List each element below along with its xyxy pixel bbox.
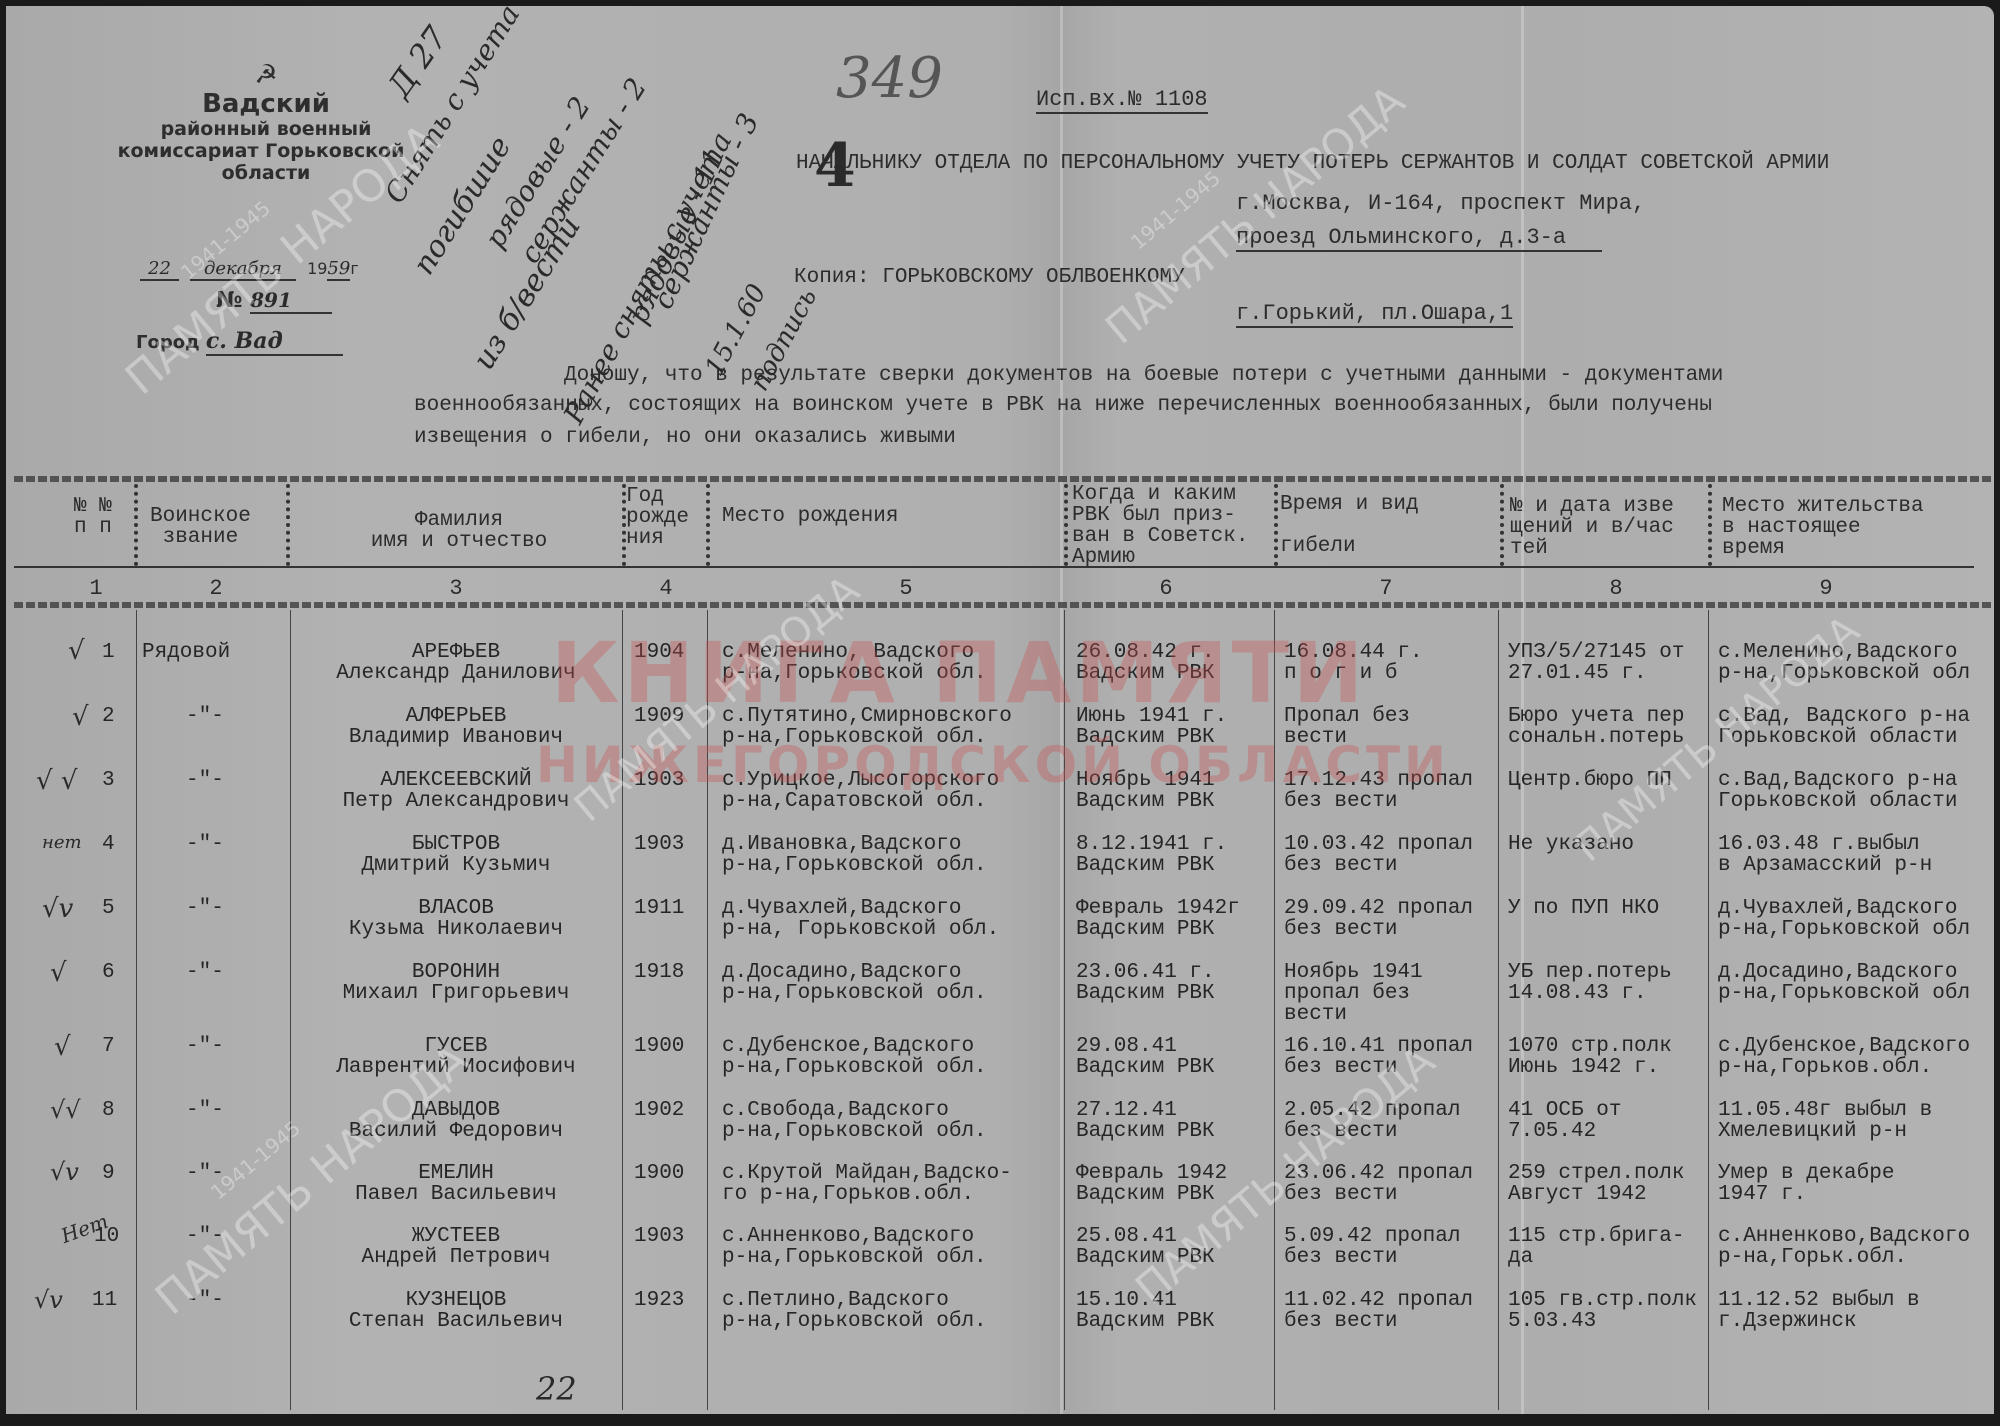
archival-document: ☭ Вадский районный военный комиссариат Г… bbox=[6, 6, 1994, 1414]
drafted: 29.08.41 Вадским РВК bbox=[1076, 1036, 1215, 1078]
drafted: Февраль 1942г Вадским РВК bbox=[1076, 898, 1240, 940]
column-header-death: Время и вид гибели bbox=[1280, 494, 1419, 557]
check-mark: √ bbox=[54, 1032, 71, 1062]
rank: -"- bbox=[186, 770, 224, 791]
check-mark: √v bbox=[50, 1158, 79, 1186]
surname: ЖУСТЕЕВ bbox=[296, 1226, 616, 1247]
column-line bbox=[290, 610, 291, 1410]
birth-year: 1902 bbox=[634, 1100, 684, 1121]
surname: КУЗНЕЦОВ bbox=[296, 1290, 616, 1311]
check-mark: √ bbox=[68, 636, 85, 666]
death-info: 11.02.42 пропал без вести bbox=[1284, 1290, 1473, 1332]
body-line-2: военнообязанных, состоящих на воинском у… bbox=[414, 394, 1712, 418]
column-number: 5 bbox=[886, 576, 926, 601]
birth-year: 1918 bbox=[634, 962, 684, 983]
row-number: 2 bbox=[102, 706, 115, 727]
copy-address: г.Горький, пл.Ошара,1 bbox=[1236, 302, 1513, 328]
column-separator bbox=[286, 484, 294, 566]
handwritten-number: 349 bbox=[836, 46, 943, 111]
column-number: 2 bbox=[196, 576, 236, 601]
birthplace: д.Ивановка,Вадского р-на,Горьковской обл… bbox=[722, 834, 987, 876]
check-mark: √ bbox=[50, 958, 67, 988]
column-number: 1 bbox=[76, 576, 116, 601]
residence: 11.05.48г выбыл в Хмелевицкий р-н bbox=[1718, 1100, 1932, 1142]
birth-year: 1900 bbox=[634, 1036, 684, 1057]
check-mark: √v bbox=[34, 1286, 63, 1314]
residence: 11.12.52 выбыл в г.Дзержинск bbox=[1718, 1290, 1920, 1332]
row-number: 11 bbox=[92, 1290, 117, 1311]
given-name: Кузьма Николаевич bbox=[296, 919, 616, 940]
row-number: 1 bbox=[102, 642, 115, 663]
column-line bbox=[1064, 610, 1065, 1410]
death-info: Ноябрь 1941 пропал без вести bbox=[1284, 962, 1423, 1025]
drafted: 27.12.41 Вадским РВК bbox=[1076, 1100, 1215, 1142]
surname: ДАВЫДОВ bbox=[296, 1100, 616, 1121]
column-header-birthplace: Место рождения bbox=[722, 506, 898, 527]
surname: ВЛАСОВ bbox=[296, 898, 616, 919]
drafted: 8.12.1941 г. Вадским РВК bbox=[1076, 834, 1227, 876]
given-name: Павел Васильевич bbox=[296, 1184, 616, 1205]
column-number: 7 bbox=[1366, 576, 1406, 601]
death-info: 5.09.42 пропал без вести bbox=[1284, 1226, 1460, 1268]
column-header-name: Фамилия имя и отчество bbox=[314, 510, 604, 552]
table-top-border bbox=[14, 476, 1994, 482]
column-header-num: № № п п bbox=[74, 496, 112, 538]
residence: с.Вад,Вадского р-на Горьковской области bbox=[1718, 770, 1957, 812]
rank: -"- bbox=[186, 1036, 224, 1057]
birth-year: 1900 bbox=[634, 1163, 684, 1184]
notice: 105 гв.стр.полк 5.03.43 bbox=[1508, 1290, 1697, 1332]
column-number: 3 bbox=[436, 576, 476, 601]
row-number: 3 bbox=[102, 770, 115, 791]
surname: ВОРОНИН bbox=[296, 962, 616, 983]
residence: д.Чувахлей,Вадского р-на,Горьковской обл bbox=[1718, 898, 1970, 940]
column-separator bbox=[1708, 484, 1716, 566]
given-name: Дмитрий Кузьмич bbox=[296, 855, 616, 876]
notice: УПЗ/5/27145 от 27.01.45 г. bbox=[1508, 642, 1684, 684]
given-name: Андрей Петрович bbox=[296, 1247, 616, 1268]
notice: УБ пер.потерь 14.08.43 г. bbox=[1508, 962, 1672, 1004]
birthplace: с.Свобода,Вадского р-на,Горьковской обл. bbox=[722, 1100, 987, 1142]
column-header-rank: Воинское звание bbox=[150, 506, 251, 548]
birthplace: д.Чувахлей,Вадского р-на, Горьковской об… bbox=[722, 898, 999, 940]
column-number: 4 bbox=[646, 576, 686, 601]
row-number: 6 bbox=[102, 962, 115, 983]
surname: БЫСТРОВ bbox=[296, 834, 616, 855]
column-line bbox=[1274, 610, 1275, 1410]
birth-year: 1903 bbox=[634, 1226, 684, 1247]
table-header-divider bbox=[14, 566, 1974, 568]
notice: У по ПУП НКО bbox=[1508, 898, 1659, 919]
rank: -"- bbox=[186, 834, 224, 855]
row-number: 10 bbox=[94, 1226, 119, 1247]
drafted: 23.06.41 г. Вадским РВК bbox=[1076, 962, 1215, 1004]
reference-number: Исп.вх.№ 1108 bbox=[1036, 88, 1208, 114]
rank: -"- bbox=[186, 962, 224, 983]
notice: 41 ОСБ от 7.05.42 bbox=[1508, 1100, 1621, 1142]
column-line bbox=[136, 610, 137, 1410]
death-info: 10.03.42 пропал без вести bbox=[1284, 834, 1473, 876]
row-number: 5 bbox=[102, 898, 115, 919]
row-number: 4 bbox=[102, 834, 115, 855]
check-mark: √√ bbox=[50, 1096, 81, 1124]
address-line-2: проезд Ольминского, д.3-а bbox=[1236, 226, 1602, 252]
column-number: 8 bbox=[1596, 576, 1636, 601]
birthplace: с.Анненково,Вадского р-на,Горьковской об… bbox=[722, 1226, 987, 1268]
check-mark: √ √ bbox=[36, 766, 77, 796]
column-separator bbox=[1500, 484, 1508, 566]
column-header-notice: № и дата изве щений и в/час тей bbox=[1510, 496, 1674, 559]
birthplace: с.Крутой Майдан,Вадско- го р-на,Горьков.… bbox=[722, 1163, 1012, 1205]
residence: Умер в декабре 1947 г. bbox=[1718, 1163, 1894, 1205]
notice: Бюро учета пер сональн.потерь bbox=[1508, 706, 1684, 748]
column-header-drafted: Когда и каким РВК был приз- ван в Советс… bbox=[1072, 484, 1248, 568]
rank: -"- bbox=[186, 1100, 224, 1121]
notice: 115 стр.брига- да bbox=[1508, 1226, 1684, 1268]
column-number: 6 bbox=[1146, 576, 1186, 601]
notice: 259 стрел.полк Август 1942 bbox=[1508, 1163, 1684, 1205]
rank: Рядовой bbox=[142, 642, 230, 663]
body-line-1: Доношу, что в результате сверки документ… bbox=[564, 364, 1723, 388]
check-mark: √v bbox=[42, 894, 73, 924]
birthplace: с.Дубенское,Вадского р-на,Горьковской об… bbox=[722, 1036, 987, 1078]
check-mark: √ bbox=[72, 702, 89, 732]
birthplace: д.Досадино,Вадского р-на,Горьковской обл… bbox=[722, 962, 987, 1004]
birth-year: 1903 bbox=[634, 834, 684, 855]
copy-addressee: Копия: ГОРЬКОВСКОМУ ОБЛВОЕНКОМУ bbox=[794, 266, 1185, 290]
residence: 16.03.48 г.выбыл в Арзамасский р-н bbox=[1718, 834, 1932, 876]
column-line bbox=[622, 610, 623, 1410]
rank: -"- bbox=[186, 706, 224, 727]
column-line bbox=[1498, 610, 1499, 1410]
handwritten-page-mark: 22 bbox=[536, 1370, 577, 1408]
residence: с.Дубенское,Вадского р-на,Горьков.обл. bbox=[1718, 1036, 1970, 1078]
row-number: 8 bbox=[102, 1100, 115, 1121]
birthplace: с.Петлино,Вадского р-на,Горьковской обл. bbox=[722, 1290, 987, 1332]
drafted: Февраль 1942 Вадским РВК bbox=[1076, 1163, 1227, 1205]
rank: -"- bbox=[186, 898, 224, 919]
column-header-birth-year: Год рожде ния bbox=[626, 486, 689, 549]
death-info: 29.09.42 пропал без вести bbox=[1284, 898, 1473, 940]
notice: 1070 стр.полк Июнь 1942 г. bbox=[1508, 1036, 1672, 1078]
column-number: 9 bbox=[1806, 576, 1846, 601]
body-line-3: извещения о гибели, но они оказались жив… bbox=[414, 426, 956, 450]
given-name: Степан Васильевич bbox=[296, 1311, 616, 1332]
residence: д.Досадино,Вадского р-на,Горьковской обл bbox=[1718, 962, 1970, 1004]
handwritten-mark: нет bbox=[42, 832, 82, 853]
birth-year: 1911 bbox=[634, 898, 684, 919]
birth-year: 1923 bbox=[634, 1290, 684, 1311]
row-number: 7 bbox=[102, 1036, 115, 1057]
given-name: Михаил Григорьевич bbox=[296, 983, 616, 1004]
column-separator bbox=[134, 484, 142, 566]
residence: с.Анненково,Вадского р-на,Горьк.обл. bbox=[1718, 1226, 1970, 1268]
star-emblem-icon: ☭ bbox=[136, 60, 396, 90]
column-header-residence: Место жительства в настоящее время bbox=[1722, 496, 1924, 559]
row-number: 9 bbox=[102, 1163, 115, 1184]
column-separator bbox=[706, 484, 714, 566]
table-numbers-border bbox=[14, 602, 1994, 608]
column-separator bbox=[1064, 484, 1072, 566]
